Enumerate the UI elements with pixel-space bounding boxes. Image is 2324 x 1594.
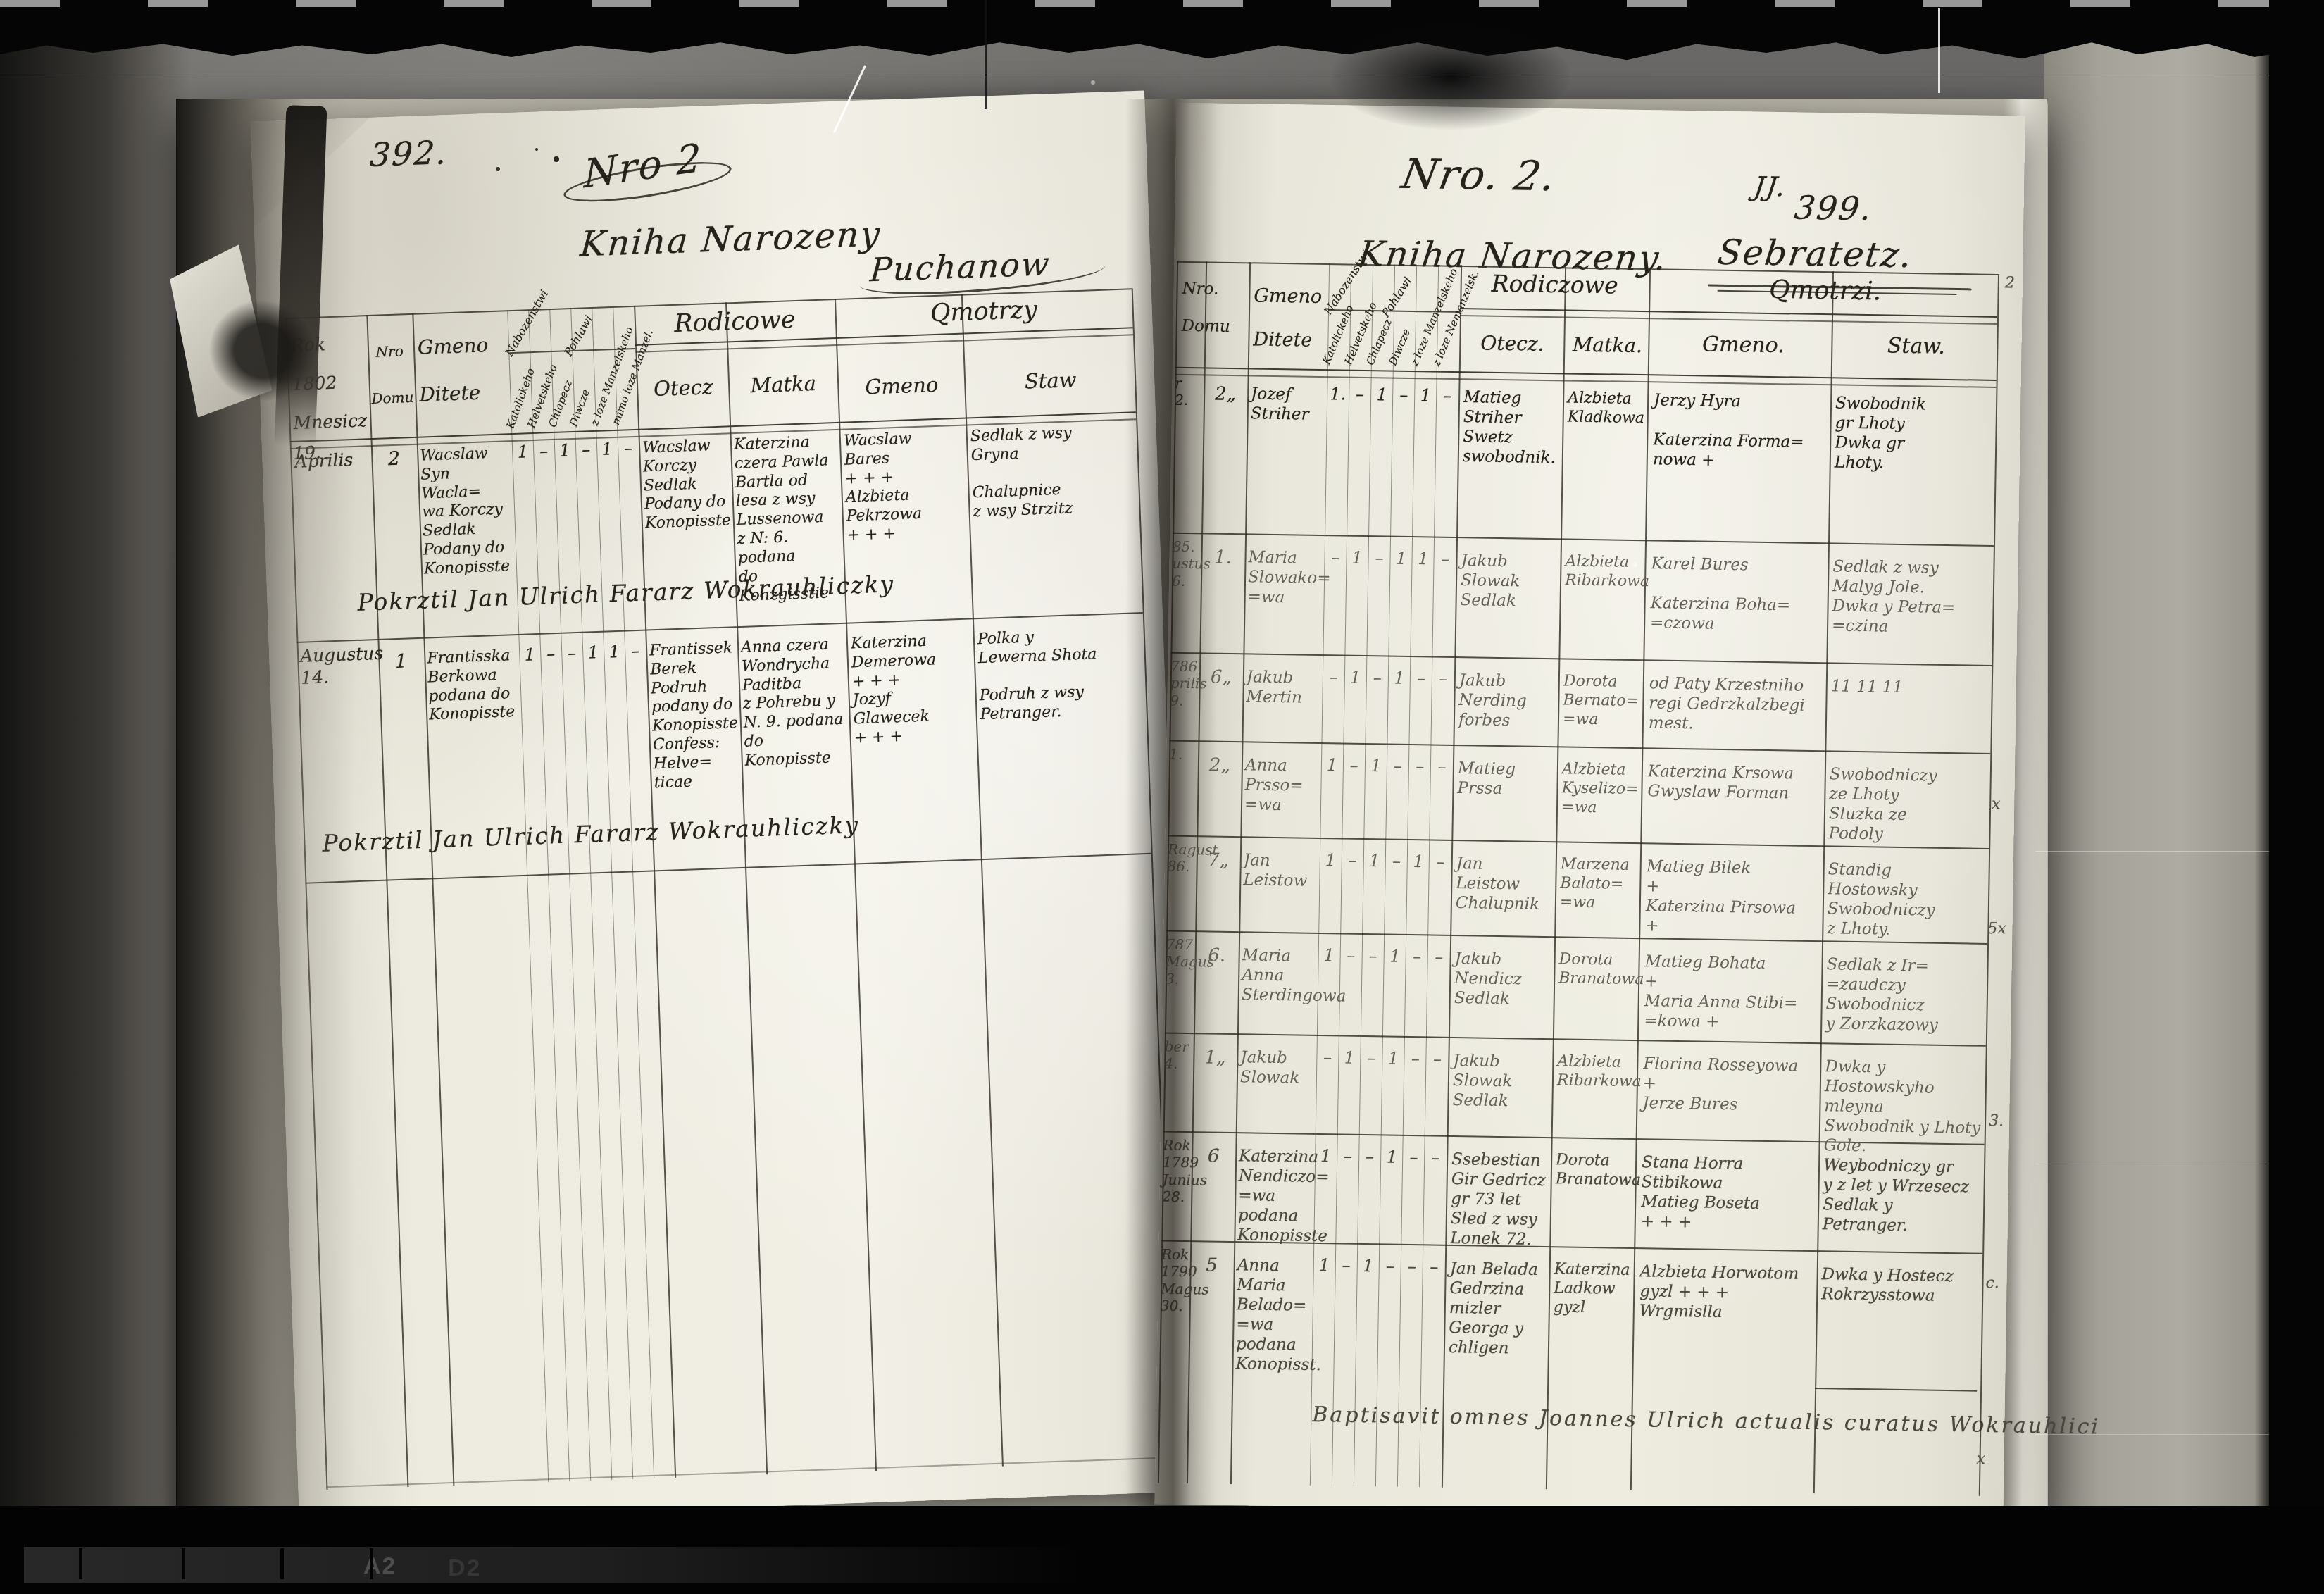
row-1-status: Sedlak z wsy Malyg Jole. Dwka y Petra= =… [1832, 556, 1991, 638]
row-5-mother: Dorota Branatowa [1558, 950, 1637, 989]
row-0-godparents: Wacslaw Bares + + + Alzbieta Pekrzowa + … [844, 428, 968, 546]
row-1-mother: Anna czera Wondrycha Paditba z Pohrebu y… [741, 635, 848, 771]
row-0-tally-2: 1 [1370, 385, 1393, 404]
row-8-tally-0: 1 [1313, 1255, 1336, 1275]
film-top-band [0, 0, 2324, 73]
right-page-number-flourish: JJ. [1752, 171, 1788, 203]
row-0-father: Matieg Striher Swetz swobodnik. [1463, 387, 1560, 468]
row-8-father: Jan Belada Gedrzina mizler Georga y chli… [1449, 1259, 1546, 1359]
row-2-tally-0: – [1323, 667, 1345, 687]
latin-baptism-note: Baptisavit omnes Joannes Ulrich actualis… [1312, 1402, 2100, 1440]
row-4-tally-4: 1 [1407, 852, 1430, 871]
film-left-edge [0, 0, 190, 1594]
row-1-tally-3: 1 [582, 642, 604, 663]
row-3-tally-4: – [1409, 756, 1432, 776]
col-header-father: Otecz. [1464, 331, 1561, 356]
grid-line [592, 307, 633, 1479]
row-8-tally-5: – [1423, 1257, 1446, 1276]
film-right-band [2269, 0, 2324, 1594]
grid-line [1815, 1388, 1977, 1392]
grid-line [1170, 652, 1992, 666]
margin-mark: x [1992, 795, 2001, 813]
col-header-godparent-status: Staw [971, 366, 1130, 395]
col-header-child: Gmeno Ditete [417, 320, 508, 418]
row-8-tally-4: – [1401, 1257, 1423, 1276]
row-0-tally-0: 1 [512, 442, 534, 462]
row-7-tally-5: – [1425, 1147, 1447, 1167]
grid-line [1165, 1033, 1986, 1047]
grid-line [1169, 740, 1990, 754]
row-6-tally-4: – [1404, 1049, 1427, 1069]
row-7-tally-1: – [1337, 1146, 1359, 1166]
row-1-mother: Alzbieta Ribarkowa [1565, 552, 1643, 591]
row-0-tally-0: 1. [1327, 384, 1349, 404]
row-7-tally-3: 1 [1381, 1147, 1404, 1166]
baptism-note: Pokrztil Jan Ulrich Fararz Wokrauhliczky [322, 811, 860, 857]
row-7-tally-2: – [1358, 1147, 1381, 1166]
row-5-father: Jakub Nendicz Sedlak [1454, 949, 1551, 1009]
row-6-tally-5: – [1426, 1049, 1449, 1069]
row-2-father: Jakub Nerding forbes [1458, 671, 1555, 731]
row-8-status: Dwka y Hostecz Rokrzysstowa [1821, 1264, 1980, 1307]
film-right-page-stack [2044, 0, 2270, 1594]
grid-line [1173, 533, 1994, 547]
row-4-child: Jan Leistow [1243, 850, 1318, 891]
row-7-child: Katerzina Nendiczo= =wa podana Konopisst… [1237, 1146, 1313, 1246]
row-8-tally-2: 1 [1357, 1256, 1380, 1276]
row-6-tally-1: 1 [1338, 1047, 1361, 1067]
col-header-house: Nro Domu [369, 328, 412, 422]
row-2-mother: Dorota Bernato= =wa [1563, 672, 1641, 730]
margin-mark: 3. [1989, 1112, 2004, 1130]
row-2-tally-2: – [1366, 668, 1389, 687]
right-page: Nro. 2. JJ. 399. Kniha Narozeny. Sebrate… [1154, 103, 2025, 1518]
tally-column-header: z loze Nemanzelsk. [1442, 355, 1544, 370]
left-page-number: 392. [369, 133, 449, 174]
row-4-tally-1: – [1342, 850, 1364, 870]
left-page: 392. Nro 2 Kniha Narozeny Puchanow Rok 1… [251, 90, 1194, 1522]
dust-specks [535, 148, 538, 151]
row-3-tally-2: 1 [1365, 756, 1387, 776]
row-6-godparents: Florina Rosseyowa + Jerze Bures [1642, 1054, 1816, 1116]
row-7-father: Ssebestian Gir Gedricz gr 73 let Sled z … [1450, 1150, 1547, 1250]
row-0-house: 2 [373, 447, 415, 472]
film-vertical-line [985, 0, 987, 109]
row-5-tally-0: 1 [1318, 945, 1340, 965]
film-tick [370, 1548, 373, 1579]
col-header-parents-group: Rodicowe [634, 304, 835, 340]
grid-line [1375, 265, 1395, 1487]
row-4-tally-0: 1 [1320, 850, 1342, 870]
row-6-status: Dwka y Hostowskyho mleyna Swobodnik y Lh… [1823, 1057, 1982, 1158]
right-page-number: 399. [1792, 189, 1875, 228]
row-1-tally-3: 1 [1390, 549, 1413, 568]
row-5-status: Sedlak z Ir= =zaudczy Swobodnicz y Zorzk… [1825, 954, 1985, 1036]
row-1-tally-5: – [625, 641, 646, 661]
col-header-mother: Matka [730, 371, 837, 398]
row-1-child: Maria Slowako= =wa [1247, 547, 1323, 608]
row-0-tally-1: – [533, 441, 555, 461]
row-8-tally-1: – [1335, 1255, 1358, 1275]
row-0-status: Sedlak z wsy Gryna Chalupnice z wsy Strz… [970, 422, 1135, 522]
row-0-tally-4: 1 [596, 439, 618, 459]
film-scratch [0, 75, 2324, 75]
film-sprocket-glints [0, 0, 2324, 7]
right-place: Sebratetz. [1716, 232, 1915, 275]
row-3-tally-5: – [1431, 756, 1454, 776]
row-7-tally-4: – [1403, 1147, 1425, 1167]
row-5-tally-1: – [1340, 945, 1363, 965]
row-0-godparents: Jerzy Hyra Katerzina Forma= nowa + [1653, 390, 1828, 472]
row-6-mother: Alzbieta Ribarkowa [1557, 1052, 1635, 1091]
row-0-tally-3: – [575, 440, 597, 460]
grid-line [570, 308, 612, 1480]
row-2-tally-3: 1 [1388, 668, 1411, 687]
margin-mark: x [1976, 1450, 1985, 1468]
grid-line [1397, 265, 1417, 1487]
right-heading-nro: Nro. 2. [1398, 150, 1560, 200]
col-header-godparent-name: Gmeno [842, 372, 962, 400]
row-1-tally-5: – [1434, 549, 1456, 568]
row-1-tally-2: – [1368, 548, 1391, 568]
grid-line [1419, 266, 1439, 1488]
row-7-mother: Dorota Branatowa [1556, 1151, 1634, 1190]
col-header-godparents-group: Qmotrzi. [1652, 273, 1998, 308]
row-3-tally-3: – [1387, 756, 1409, 776]
row-6-tally-3: 1 [1382, 1048, 1405, 1068]
row-1-tally-0: 1 [519, 645, 541, 665]
row-3-status: Swobodniczy ze Lhoty Sluzka ze Podoly [1828, 764, 1987, 846]
row-6-father: Jakub Slowak Sedlak [1452, 1051, 1549, 1112]
row-5-tally-4: – [1406, 947, 1428, 966]
row-2-tally-5: – [1432, 668, 1455, 688]
col-header-parents-group: Rodiczowe [1460, 269, 1649, 299]
film-vertical-glint [1938, 8, 1940, 93]
row-4-godparents: Matieg Bilek + Katerzina Pirsowa + [1645, 857, 1820, 938]
row-5-tally-2: – [1362, 946, 1385, 966]
row-7-tally-0: 1 [1315, 1146, 1337, 1166]
row-3-tally-0: 1 [1321, 755, 1344, 775]
grid-line [366, 315, 408, 1487]
row-0-tally-5: – [1437, 386, 1459, 406]
row-8-godparents: Alzbieta Horwotom gyzl + + + Wrgmislla [1639, 1262, 1813, 1324]
row-3-godparents: Katerzina Krsowa Gwyslaw Forman [1647, 761, 1821, 804]
tally-column-header: mimo loze Manzel. [620, 410, 721, 427]
grid-line [507, 310, 549, 1482]
col-header-mother: Matka. [1566, 332, 1649, 357]
book-gutter-shadow [1125, 99, 1217, 1519]
row-7-godparents: Stana Horra Stibikowa Matieg Boseta + + … [1641, 1152, 1816, 1234]
row-0-mother: Alzbieta Kladkowa [1568, 389, 1646, 428]
col-header-father: Otecz [640, 374, 727, 401]
col-header-godparent-name: Gmeno. [1658, 331, 1828, 359]
row-6-tally-2: – [1361, 1048, 1383, 1068]
row-3-father: Matieg Prssa [1457, 759, 1554, 799]
row-2-godparents: od Paty Krzestniho regi Gedrzkalzbegi me… [1649, 673, 1823, 735]
row-0-tally-2: 1 [554, 440, 576, 461]
row-5-child: Maria Anna Sterdingowa [1242, 945, 1317, 1006]
row-4-mother: Marzena Balato= =wa [1560, 855, 1638, 913]
grid-line [1460, 308, 1997, 325]
row-1-tally-4: 1 [604, 642, 625, 662]
film-frame-mark: D2 [448, 1555, 481, 1582]
film-tick [79, 1548, 82, 1579]
row-2-tally-1: 1 [1344, 668, 1367, 687]
row-4-tally-5: – [1430, 852, 1452, 871]
grid-line [528, 309, 570, 1481]
margin-mark: 2 [2005, 274, 2015, 292]
row-8-tally-3: – [1379, 1256, 1401, 1276]
row-1-godparents: Karel Bures Katerzina Boha= =czowa [1650, 554, 1825, 635]
row-0-mother: Katerzina czera Pawla Bartla od lesa z w… [734, 432, 842, 606]
row-0-tally-1: – [1349, 385, 1371, 404]
row-3-mother: Alzbieta Kyselizo= =wa [1561, 760, 1639, 818]
row-8-child: Anna Maria Belado= =wa podana Konopisst. [1235, 1255, 1312, 1375]
margin-mark: 5x [1987, 920, 2006, 938]
row-0-status: Swobodnik gr Lhoty Dwka gr Lhoty. [1835, 393, 1994, 475]
row-0-tally-3: – [1393, 385, 1416, 405]
row-4-father: Jan Leistow Chalupnik [1456, 854, 1552, 914]
row-2-child: Jakub Mertin [1246, 667, 1321, 708]
row-1-tally-2: – [561, 643, 583, 664]
left-title: Kniha Narozeny [579, 214, 882, 265]
row-0-father: Wacslaw Korczy Sedlak Podany do Konopiss… [642, 436, 732, 533]
row-5-tally-3: 1 [1384, 946, 1406, 966]
row-0-child: Wacslaw Syn Wacla= wa Korczy Sedlak Poda… [420, 444, 514, 579]
row-0-child: Jozef Striher [1251, 384, 1326, 425]
row-1-tally-0: – [1324, 547, 1347, 567]
col-header-godparent-status: Staw. [1840, 333, 1992, 360]
row-1-tally-4: 1 [1412, 549, 1435, 568]
row-1-tally-1: 1 [1347, 548, 1369, 568]
row-1-father: Jakub Slowak Sedlak [1460, 551, 1556, 611]
row-1-father: Frantissek Berek Podruh podany do Konopi… [649, 639, 740, 793]
row-1-godparents: Katerzina Demerowa + + + Jozyf Glawecek … [851, 631, 975, 749]
row-3-tally-1: – [1343, 755, 1366, 775]
margin-mark: c. [1985, 1274, 1999, 1292]
row-7-status: Weybodniczy gr y z let y Wrzesecz Sedlak… [1823, 1155, 1982, 1237]
row-1-status: Polka y Lewerna Shota Podruh z wsy Petra… [977, 625, 1143, 725]
row-1-tally-1: – [540, 644, 562, 664]
grid-line [549, 309, 591, 1481]
row-1-child: Frantisska Berkowa podana do Konopisste [427, 647, 520, 726]
microfilm-scan: 392. Nro 2 Kniha Narozeny Puchanow Rok 1… [0, 0, 2324, 1594]
col-header-child: Gmeno Ditete [1253, 274, 1326, 363]
row-4-tally-2: 1 [1363, 851, 1386, 871]
row-2-status: 11 11 11 [1831, 676, 1989, 699]
row-0-tally-5: – [618, 438, 639, 459]
film-frame-mark: A2 [363, 1552, 396, 1580]
row-3-child: Anna Prsso= =wa [1244, 755, 1320, 816]
row-4-tally-3: – [1385, 851, 1408, 871]
row-1-house: 1 [380, 650, 422, 675]
row-5-godparents: Matieg Bohata + Maria Anna Stibi= =kowa … [1644, 952, 1818, 1033]
film-tick [280, 1548, 284, 1579]
row-6-child: Jakub Slowak [1240, 1047, 1316, 1088]
row-4-status: Standig Hostowsky Swobodniczy z Lhoty. [1827, 859, 1986, 941]
grid-line [1332, 264, 1351, 1486]
grid-line [1354, 264, 1373, 1486]
film-tick [182, 1548, 185, 1579]
row-5-tally-5: – [1427, 947, 1450, 966]
row-0-tally-4: 1 [1415, 385, 1437, 405]
row-8-mother: Katerzina Ladkow gyzl [1554, 1260, 1632, 1318]
row-2-tally-4: – [1410, 668, 1432, 688]
row-6-tally-0: – [1316, 1047, 1339, 1067]
film-dark-blotch [1331, 24, 1570, 130]
